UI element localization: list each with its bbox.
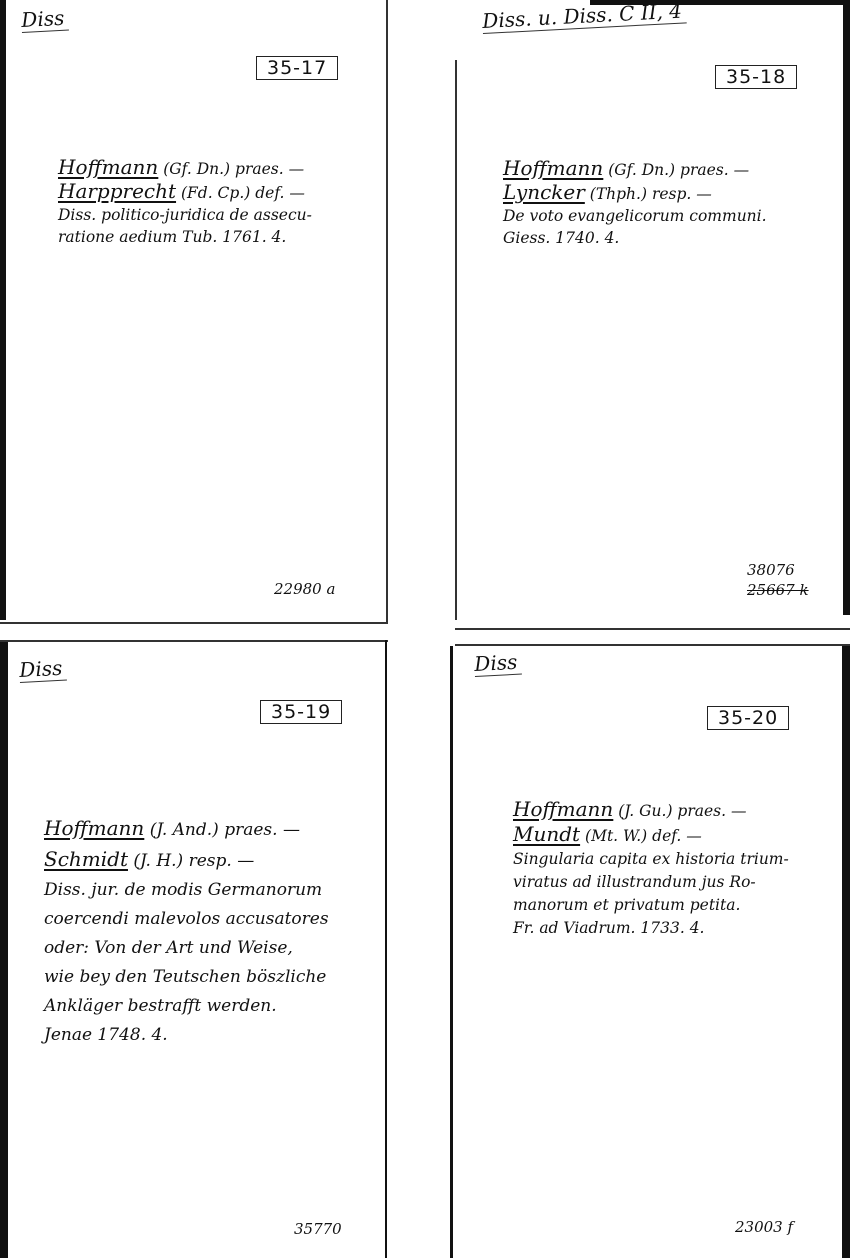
title-line: Jenae 1748. 4.	[44, 1021, 329, 1050]
catalog-entry: Hoffmann (J. And.) praes. — Schmidt (J. …	[44, 814, 329, 1050]
accession-value: 38076	[747, 560, 809, 580]
title-line: oder: Von der Art und Weise,	[44, 934, 329, 963]
title-line: manorum et privatum petita.	[513, 894, 789, 917]
title-line: Ankläger bestrafft werden.	[44, 992, 329, 1021]
title-line: Fr. ad Viadrum. 1733. 4.	[513, 917, 789, 940]
call-number-box: 35-18	[715, 65, 797, 89]
shelfmark: Diss	[21, 8, 69, 33]
praeses-name: Hoffmann	[503, 156, 603, 180]
catalog-card-35-20: Diss 35-20 Hoffmann (J. Gu.) praes. — Mu…	[453, 646, 842, 1258]
respondent-detail: (J. H.) resp. —	[133, 851, 254, 871]
call-number-box: 35-20	[707, 706, 789, 730]
accession-number: 38076 25667 k	[747, 560, 809, 600]
shelfmark: Diss. u. Diss. C II, 4	[482, 0, 687, 34]
catalog-entry: Hoffmann (J. Gu.) praes. — Mundt (Mt. W.…	[513, 798, 789, 940]
respondent-name: Harpprecht	[58, 179, 176, 203]
card-3-right-edge	[385, 640, 387, 1258]
card-2-right-edge	[843, 0, 850, 615]
card-1-right-edge	[386, 0, 388, 622]
accession-value: 23003 f	[735, 1218, 793, 1236]
title-line: ratione aedium Tub. 1761. 4.	[58, 226, 312, 248]
praeses-name: Hoffmann	[58, 155, 158, 179]
title-line: viratus ad illustrandum jus Ro-	[513, 871, 789, 894]
accession-number: 22980 a	[274, 580, 335, 598]
title-line: Diss. politico-juridica de assecu-	[58, 204, 312, 226]
respondent-name: Lyncker	[503, 180, 585, 204]
praeses-detail: (Gf. Dn.) praes. —	[163, 160, 304, 178]
catalog-card-35-18: Diss. u. Diss. C II, 4 35-18 Hoffmann (G…	[457, 5, 843, 627]
respondent-detail: (Thph.) resp. —	[590, 185, 712, 203]
card-2-bottom-edge	[455, 628, 850, 630]
respondent-detail: (Mt. W.) def. —	[585, 827, 702, 845]
title-line: Singularia capita ex historia trium-	[513, 848, 789, 871]
praeses-name: Hoffmann	[44, 816, 144, 840]
respondent-detail: (Fd. Cp.) def. —	[181, 184, 305, 202]
card-1-bottom-edge	[0, 622, 388, 624]
accession-number: 35770	[294, 1220, 342, 1238]
accession-number: 23003 f	[735, 1218, 793, 1236]
accession-value: 22980 a	[274, 580, 335, 598]
praeses-detail: (J. Gu.) praes. —	[618, 802, 746, 820]
title-line: De voto evangelicorum communi.	[503, 205, 767, 227]
scan-edge-left-bottom	[0, 640, 8, 1258]
title-line: wie bey den Teutschen böszliche	[44, 963, 329, 992]
title-line: Diss. jur. de modis Germanorum	[44, 876, 329, 905]
respondent-name: Schmidt	[44, 847, 128, 871]
accession-value: 35770	[294, 1220, 342, 1238]
praeses-detail: (Gf. Dn.) praes. —	[608, 161, 749, 179]
card-4-right-edge	[842, 646, 850, 1258]
catalog-entry: Hoffmann (Gf. Dn.) praes. — Lyncker (Thp…	[503, 157, 767, 249]
call-number-box: 35-19	[260, 700, 342, 724]
catalog-card-35-19: Diss 35-19 Hoffmann (J. And.) praes. — S…	[8, 642, 385, 1258]
respondent-name: Mundt	[513, 822, 580, 846]
title-line: Giess. 1740. 4.	[503, 227, 767, 249]
title-line: coercendi malevolos accusatores	[44, 905, 329, 934]
struck-accession-value: 25667 k	[747, 580, 809, 600]
catalog-card-35-17: Diss 35-17 Hoffmann (Gf. Dn.) praes. — H…	[6, 0, 386, 622]
shelfmark: Diss	[474, 652, 522, 677]
catalog-entry: Hoffmann (Gf. Dn.) praes. — Harpprecht (…	[58, 156, 312, 248]
call-number-box: 35-17	[256, 56, 338, 80]
shelfmark: Diss	[19, 658, 67, 683]
praeses-detail: (J. And.) praes. —	[150, 820, 300, 840]
praeses-name: Hoffmann	[513, 797, 613, 821]
